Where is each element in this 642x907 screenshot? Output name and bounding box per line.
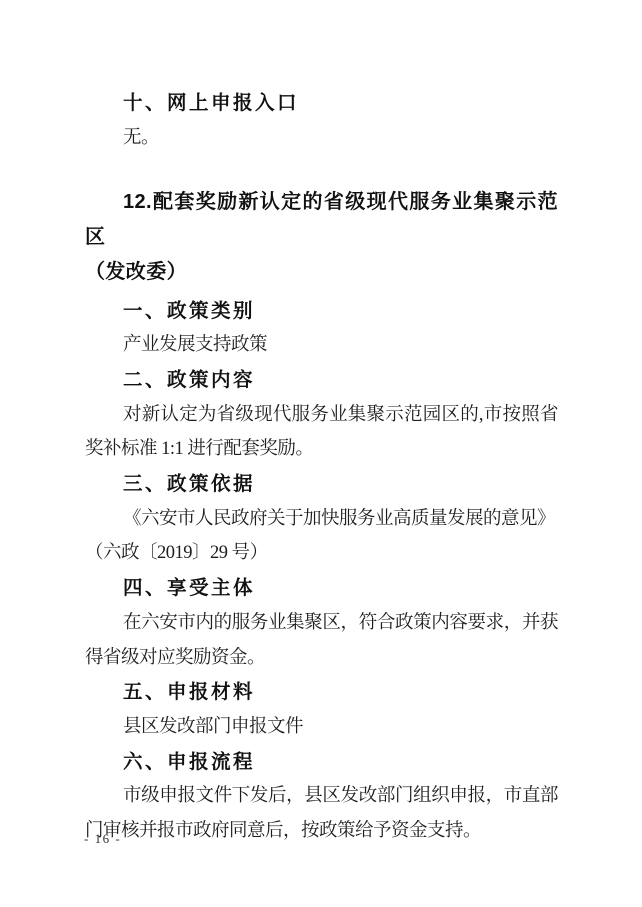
- paragraph-policy-basis-line-2: （六政〔2019〕29 号）: [85, 536, 558, 571]
- paragraph-beneficiary-line-1: 在六安市内的服务业集聚区，符合政策内容要求，并获: [85, 606, 558, 641]
- paragraph-policy-content-line-2: 奖补标准 1:1 进行配套奖励。: [85, 432, 558, 467]
- paragraph-application-process-line-2: 门审核并报市政府同意后，按政策给予资金支持。: [85, 814, 558, 849]
- paragraph-application-materials: 县区发改部门申报文件: [85, 710, 558, 745]
- section-heading-application-process: 六、申报流程: [85, 745, 558, 780]
- section-heading-beneficiary: 四、享受主体: [85, 571, 558, 606]
- item-title-line-1: 12.配套奖励新认定的省级现代服务业集聚示范区: [85, 185, 558, 254]
- section-heading-policy-content: 二、政策内容: [85, 363, 558, 398]
- section-heading-online-entry: 十、网上申报入口: [85, 86, 558, 121]
- paragraph-policy-basis-line-1: 《六安市人民政府关于加快服务业高质量发展的意见》: [85, 502, 558, 537]
- document-page: 十、网上申报入口 无。 12.配套奖励新认定的省级现代服务业集聚示范区 （发改委…: [85, 86, 558, 849]
- section-heading-policy-basis: 三、政策依据: [85, 467, 558, 502]
- paragraph-policy-category: 产业发展支持政策: [85, 328, 558, 363]
- paragraph-beneficiary-line-2: 得省级对应奖励资金。: [85, 641, 558, 676]
- paragraph-application-process-line-1: 市级申报文件下发后，县区发改部门组织申报，市直部: [85, 779, 558, 814]
- paragraph-policy-content-line-1: 对新认定为省级现代服务业集聚示范园区的,市按照省: [85, 398, 558, 433]
- paragraph-online-entry: 无。: [85, 121, 558, 156]
- section-heading-application-materials: 五、申报材料: [85, 675, 558, 710]
- section-heading-policy-category: 一、政策类别: [85, 294, 558, 329]
- item-title-line-2: （发改委）: [85, 255, 558, 290]
- page-number: - 16 -: [84, 831, 121, 847]
